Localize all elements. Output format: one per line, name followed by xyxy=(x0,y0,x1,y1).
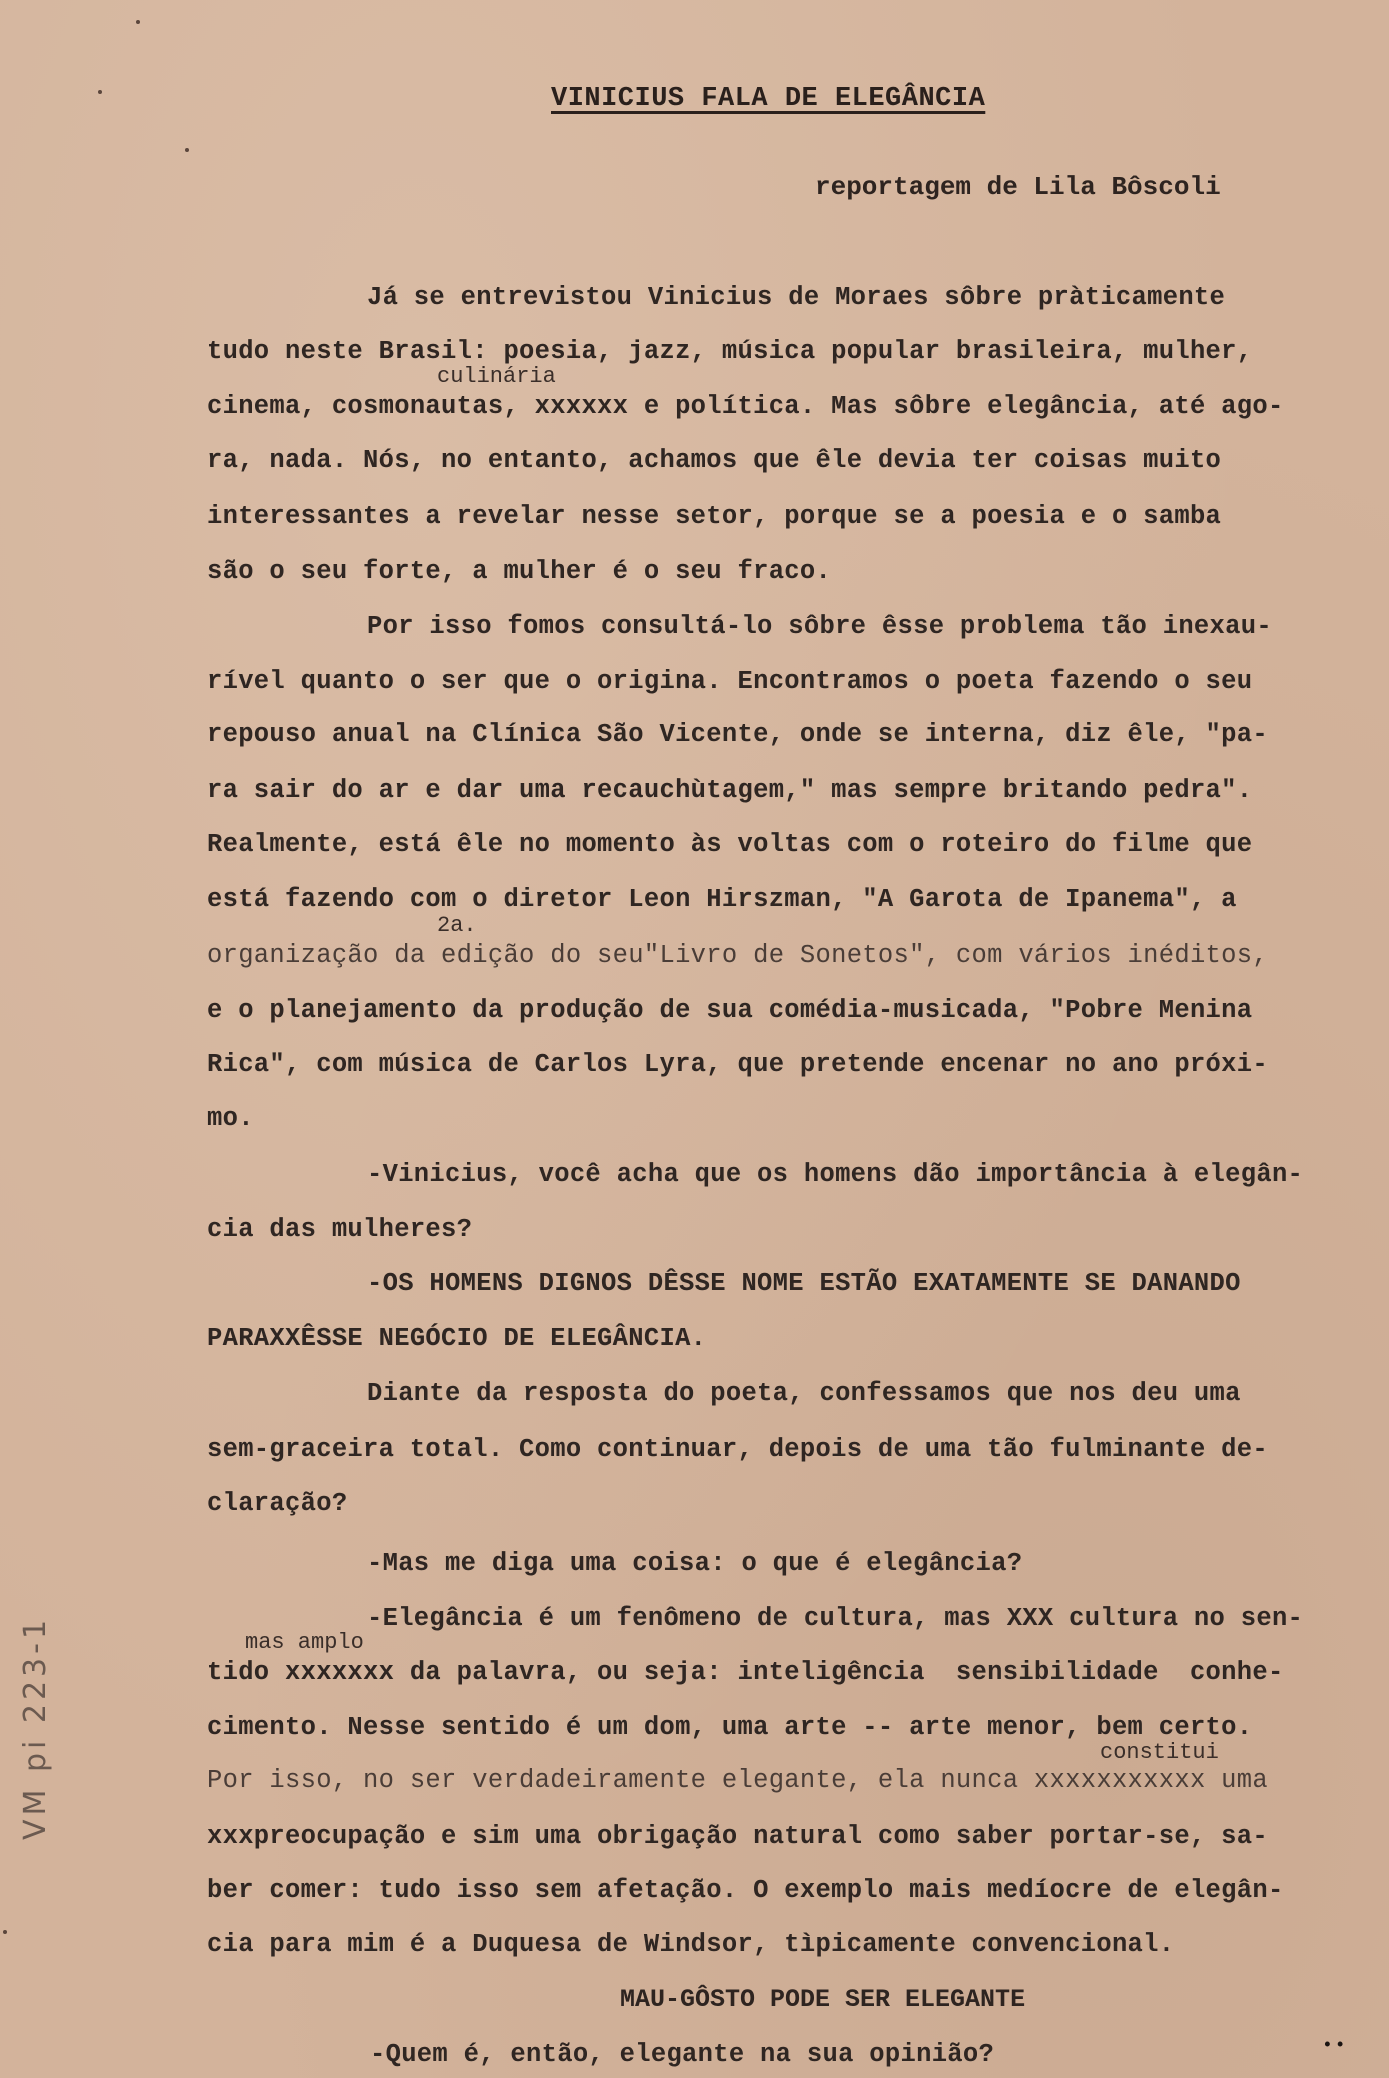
body-line: cinema, cosmonautas, xxxxxx e política. … xyxy=(207,392,1284,421)
paper-speck xyxy=(3,1930,7,1934)
body-line: tido xxxxxxx da palavra, ou seja: inteli… xyxy=(207,1658,1284,1687)
section-subheading: MAU-GÔSTO PODE SER ELEGANTE xyxy=(620,1985,1025,2014)
interlinear-correction: culinária xyxy=(437,364,556,389)
interlinear-correction: 2a. xyxy=(437,913,477,938)
body-line: interessantes a revelar nesse setor, por… xyxy=(207,502,1221,531)
body-line: Por isso, no ser verdadeiramente elegant… xyxy=(207,1766,1268,1795)
body-line: tudo neste Brasil: poesia, jazz, música … xyxy=(207,337,1252,366)
typewritten-page: VINICIUS FALA DE ELEGÂNCIA reportagem de… xyxy=(0,0,1389,2078)
body-line: ra sair do ar e dar uma recauchùtagem," … xyxy=(207,776,1252,805)
document-title: VINICIUS FALA DE ELEGÂNCIA xyxy=(551,84,985,114)
body-line: Rica", com música de Carlos Lyra, que pr… xyxy=(207,1050,1268,1079)
body-line: cia das mulheres? xyxy=(207,1215,472,1244)
body-line: está fazendo com o diretor Leon Hirszman… xyxy=(207,885,1237,914)
body-line: ra, nada. Nós, no entanto, achamos que ê… xyxy=(207,446,1221,475)
handwritten-margin-note: VM pi 223-1 xyxy=(18,1616,53,1840)
body-line: -Elegância é um fenômeno de cultura, mas… xyxy=(367,1604,1303,1633)
body-line: claração? xyxy=(207,1489,347,1518)
body-line: Por isso fomos consultá-lo sôbre êsse pr… xyxy=(367,612,1272,641)
body-line: -OS HOMENS DIGNOS DÊSSE NOME ESTÃO EXATA… xyxy=(367,1269,1241,1298)
body-line: -Quem é, então, elegante na sua opinião? xyxy=(370,2040,994,2069)
paper-speck xyxy=(185,148,189,152)
interlinear-correction: mas amplo xyxy=(245,1630,364,1655)
body-line: Realmente, está êle no momento às voltas… xyxy=(207,830,1252,859)
body-line: Diante da resposta do poeta, confessamos… xyxy=(367,1379,1241,1408)
body-line: Já se entrevistou Vinicius de Moraes sôb… xyxy=(367,283,1225,312)
corner-mark: •• xyxy=(1322,2036,1348,2056)
body-line: organização da edição do seu"Livro de So… xyxy=(207,941,1268,970)
paper-speck xyxy=(98,90,102,94)
body-line: são o seu forte, a mulher é o seu fraco. xyxy=(207,557,831,586)
body-line: -Vinicius, você acha que os homens dão i… xyxy=(367,1160,1303,1189)
body-line: repouso anual na Clínica São Vicente, on… xyxy=(207,720,1268,749)
interlinear-correction: constitui xyxy=(1100,1740,1219,1765)
body-line: e o planejamento da produção de sua comé… xyxy=(207,996,1252,1025)
body-line: sem-graceira total. Como continuar, depo… xyxy=(207,1435,1268,1464)
body-line: xxxpreocupação e sim uma obrigação natur… xyxy=(207,1822,1268,1851)
body-line: mo. xyxy=(207,1104,254,1133)
body-line: -Mas me diga uma coisa: o que é elegânci… xyxy=(367,1549,1022,1578)
body-line: cia para mim é a Duquesa de Windsor, tìp… xyxy=(207,1930,1174,1959)
body-line: ber comer: tudo isso sem afetação. O exe… xyxy=(207,1876,1284,1905)
paper-speck xyxy=(136,20,140,24)
body-line: cimento. Nesse sentido é um dom, uma art… xyxy=(207,1713,1252,1742)
body-line: rível quanto o ser que o origina. Encont… xyxy=(207,667,1252,696)
byline: reportagem de Lila Bôscoli xyxy=(815,172,1221,202)
body-line: PARAXXÊSSE NEGÓCIO DE ELEGÂNCIA. xyxy=(207,1324,706,1353)
